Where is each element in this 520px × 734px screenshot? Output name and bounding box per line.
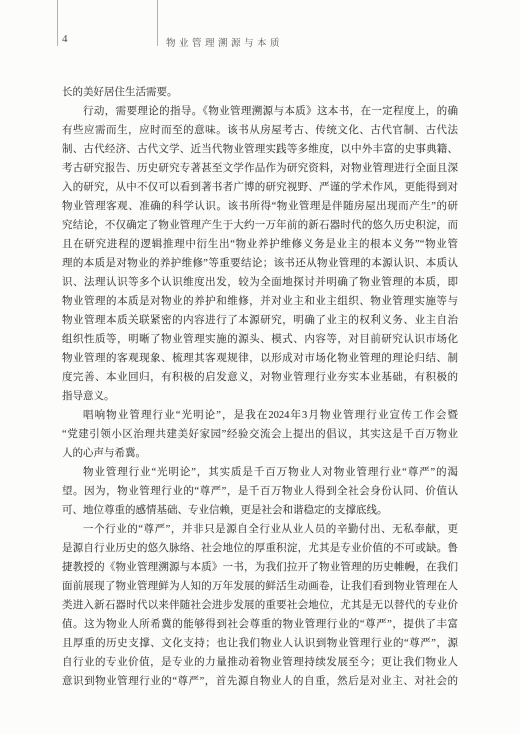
text-line: 且厚重的历史支撑、文化支持；也让我们物业人认识到物业管理行业的“尊严”，源 — [62, 634, 458, 653]
text-line: 度完善、本业回归，有积极的启发意义，对物业管理行业夯实本业基础，有积极的 — [62, 368, 458, 387]
text-line: 指导意义。 — [62, 387, 458, 406]
text-line: 类进入新石器时代以来伴随社会进步发展的重要社会地位，尤其是无以替代的专业价 — [62, 596, 458, 615]
text-line: 物业管理本质关联紧密的内容进行了本源研究，明确了业主的权利义务、业主自治 — [62, 311, 458, 330]
header-rule-left — [57, 0, 58, 46]
page-number: 4 — [62, 33, 68, 45]
body-text: 长的美好居住生活需要。行动，需要理论的指导。《物业管理溯源与本质》这本书，在一定… — [62, 83, 458, 691]
text-line: 自行业的专业价值，是专业的力量推动着物业管理持续发展至今；更让我们物业人 — [62, 653, 458, 672]
text-line: 是源自行业历史的悠久脉络、社会地位的厚重积淀，尤其是专业价值的不可或缺。鲁 — [62, 539, 458, 558]
text-line: 物业管理的本质是对物业的养护和维修，并对业主和业主组织、物业管理实施等与 — [62, 292, 458, 311]
text-line: 究结论，不仅确定了物业管理产生于大约一万年前的新石器时代的悠久历史积淀，而 — [62, 216, 458, 235]
text-line: 物业管理的客观现象、梳理其客观规律，以形成对市场化物业管理的理论归结、制 — [62, 349, 458, 368]
text-line: 望。因为，物业管理行业的“尊严”，是千百万物业人得到全社会身份认同、价值认 — [62, 482, 458, 501]
text-line: 入的研究，从中不仅可以看到著书者广博的研究视野、严谨的学术作风，更能得到对 — [62, 178, 458, 197]
text-line: 物业管理客观、准确的科学认识。该书所得“物业管理是伴随房屋出现而产生”的研 — [62, 197, 458, 216]
text-line: 物业管理行业“光明论”，其实质是千百万物业人对物业管理行业“尊严”的渴 — [62, 463, 458, 482]
text-line: 人的心声与希冀。 — [62, 444, 458, 463]
text-line: 可、地位尊重的感情基础、专业信赖，更是社会和谐稳定的支撑底线。 — [62, 501, 458, 520]
text-line: 面前展现了物业管理鲜为人知的万年发展的鲜活生动画卷，让我们看到物业管理在人 — [62, 577, 458, 596]
text-line: 值。这为物业人所希冀的能够得到社会尊重的物业管理行业的“尊严”，提供了丰富 — [62, 615, 458, 634]
text-line: 理的本质是对物业的养护维修”等重要结论；该书还从物业管理的本源认识、本质认 — [62, 254, 458, 273]
text-line: 有些应需而生，应时而至的意味。该书从房屋考古、传统文化、古代官制、古代法 — [62, 121, 458, 140]
text-line: 长的美好居住生活需要。 — [62, 83, 458, 102]
running-title: 物业管理溯源与本质 — [166, 35, 283, 49]
text-line: 行动，需要理论的指导。《物业管理溯源与本质》这本书，在一定程度上，的确 — [62, 102, 458, 121]
header-rule-right — [157, 0, 158, 46]
text-line: 捷教授的《物业管理溯源与本质》一书，为我们拉开了物业管理的历史帷幔，在我们 — [62, 558, 458, 577]
text-line: “党建引领小区治理共建美好家园”经验交流会上提出的倡议，其实这是千百万物业 — [62, 425, 458, 444]
text-line: 唱响物业管理行业“光明论”，是我在2024年3月物业管理行业宣传工作会暨 — [62, 406, 458, 425]
book-page: 4 物业管理溯源与本质 长的美好居住生活需要。行动，需要理论的指导。《物业管理溯… — [0, 0, 520, 734]
text-line: 识、法理认识等多个认识维度出发，较为全面地探讨并明确了物业管理的本质，即 — [62, 273, 458, 292]
text-line: 制、古代经济、古代文学、近当代物业管理实践等多维度，以中外丰富的史事典籍、 — [62, 140, 458, 159]
text-line: 一个行业的“尊严”，并非只是源自全行业从业人员的辛勤付出、无私奉献，更 — [62, 520, 458, 539]
text-line: 组织性质等，明晰了物业管理实施的源头、模式、内容等，对目前研究认识市场化 — [62, 330, 458, 349]
text-line: 且在研究进程的逻辑推理中衍生出“物业养护维修义务是业主的根本义务”“物业管 — [62, 235, 458, 254]
text-line: 考古研究报告、历史研究专著甚至文学作品作为研究资料，对物业管理进行全面且深 — [62, 159, 458, 178]
text-line: 意识到物业管理行业的“尊严”，首先源自物业人的自重，然后是对业主、对社会的 — [62, 672, 458, 691]
